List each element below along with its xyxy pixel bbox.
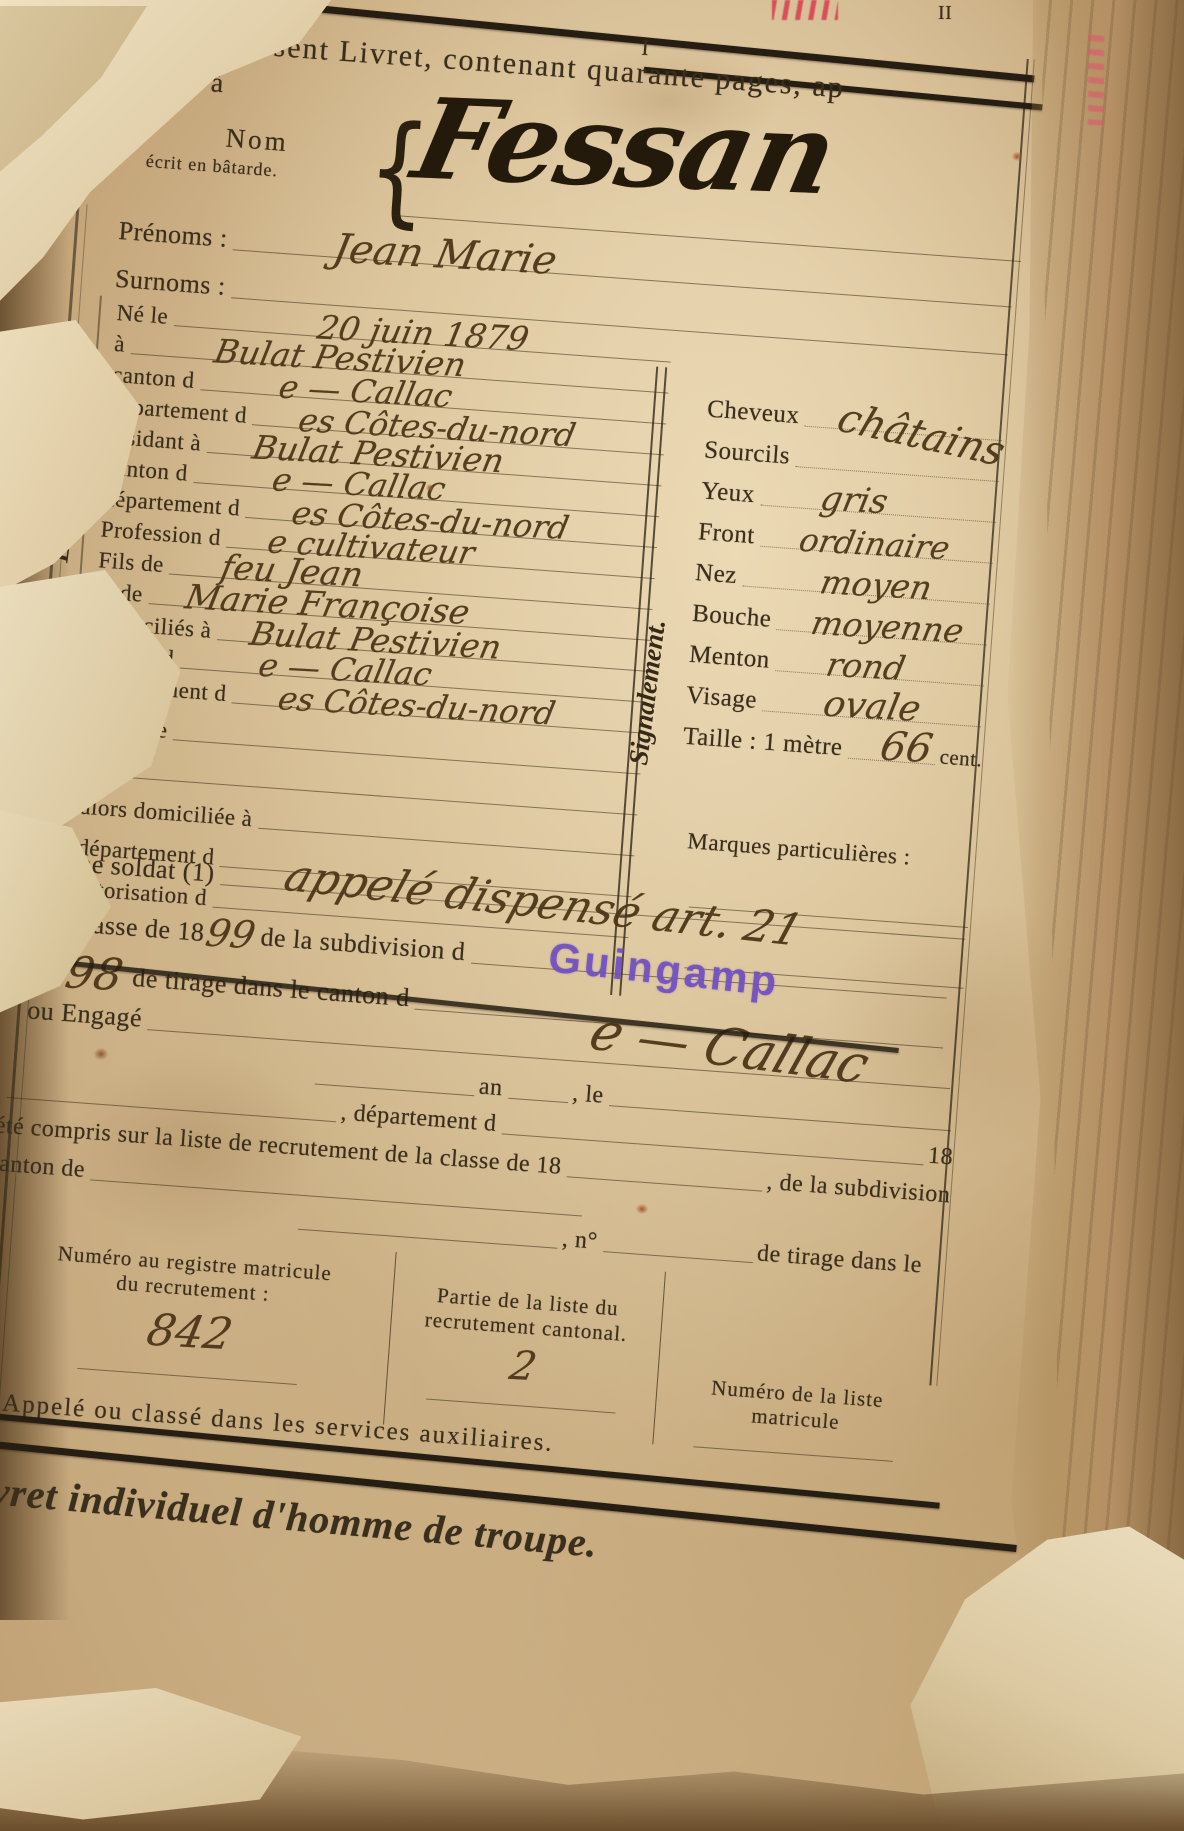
engage-label: ou Engagé: [26, 995, 143, 1033]
field-label: Né le: [116, 300, 169, 330]
pink-edge-marks: [1088, 30, 1104, 125]
nom-label: Nom: [225, 123, 290, 159]
red-stamp-fragment: [772, 0, 838, 20]
le-label: , le: [571, 1080, 604, 1109]
prenoms-label: Prénoms :: [118, 216, 229, 254]
taille-value: 66: [876, 724, 936, 772]
field-label: Nez: [694, 559, 738, 590]
taille-label: Taille : 1 mètre: [682, 723, 843, 763]
taille-unit: cent.: [939, 744, 983, 772]
corner-numeral: II: [938, 2, 952, 25]
classe-suffix: de la subdivision d: [260, 922, 467, 967]
matricule-label: Numéro de la liste matricule: [680, 1373, 913, 1440]
rust-speck: [94, 1048, 108, 1060]
registre-value: 842: [0, 1296, 394, 1369]
form-sheet: I e présent Livret, contenant quarante p…: [0, 0, 1085, 1723]
rust-speck: [1012, 152, 1022, 161]
subdivision-label: , de la subdivision: [766, 1169, 952, 1209]
year-fragment: 18: [927, 1143, 954, 1172]
fill-line: [603, 1227, 754, 1263]
tirage-suffix-label: de tirage dans le: [756, 1240, 923, 1279]
field-label: Front: [697, 518, 756, 550]
rust-speck: [636, 1204, 648, 1214]
partie-box: Partie de la liste du recrutement canton…: [384, 1252, 666, 1444]
signalement-block: Cheveuxchâtains Sourcils Yeuxgris Fronto…: [682, 383, 1008, 773]
etat-civil-block: Né le20 juin 1879 àBulat Pestivien canto…: [74, 295, 677, 942]
canton-label: canton de: [0, 1150, 86, 1184]
rust-speck: [426, 484, 434, 492]
fill-line: [567, 1152, 764, 1191]
matricule-box: Numéro de la liste matricule: [653, 1272, 945, 1465]
numero-label: , n°: [561, 1226, 598, 1256]
fill-line: [508, 1074, 570, 1103]
prenoms-value-handwriting: Jean Marie: [329, 226, 561, 284]
fill-line: [315, 1060, 476, 1097]
nom-value-handwriting: Fessan: [403, 75, 846, 220]
departement-label: , département d: [340, 1100, 498, 1138]
classe-value: 99: [202, 911, 259, 957]
field-label: Yeux: [700, 477, 756, 509]
scanned-document-page: I e présent Livret, contenant quarante p…: [0, 0, 1184, 1831]
partie-label: Partie de la liste du recrutement canton…: [415, 1282, 638, 1348]
marques-label: Marques particulières :: [687, 828, 978, 875]
an-label: an: [478, 1074, 504, 1103]
field-label: à: [113, 331, 126, 358]
